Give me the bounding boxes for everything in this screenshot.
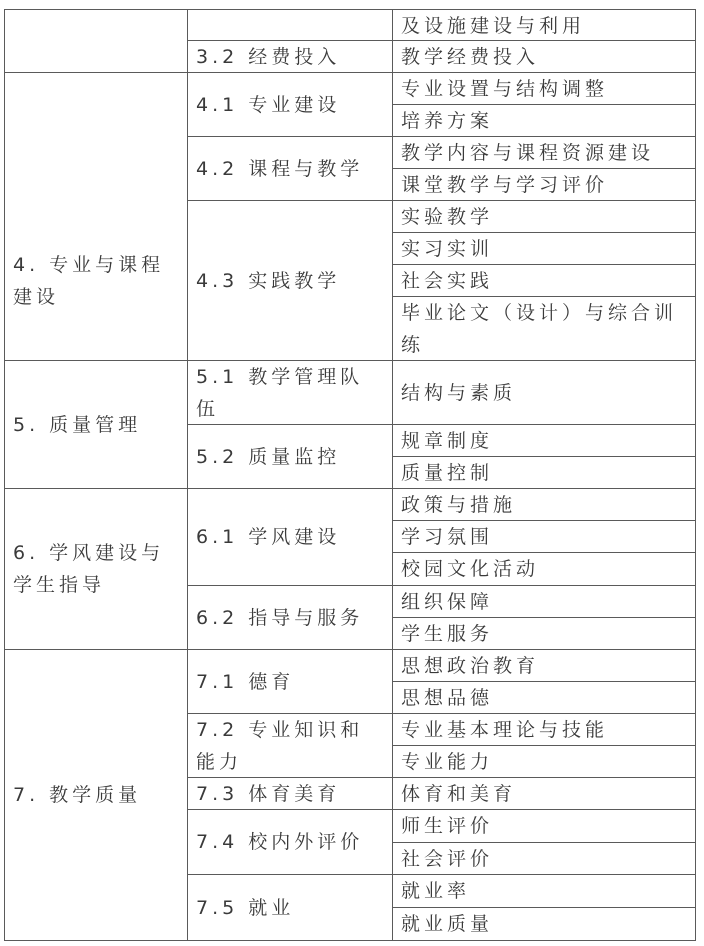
level3-cell: 社会评价	[392, 842, 696, 875]
cell-text: 结构与素质	[401, 377, 516, 409]
level3-cell: 组织保障	[392, 585, 696, 618]
level2-cell-3-1-continued	[187, 9, 393, 41]
level1-cell-7: 7. 教学质量	[4, 649, 188, 941]
level2-cell-6-1: 6.1 学风建设	[187, 488, 393, 586]
cell-text: 学习氛围	[401, 526, 493, 548]
cell-text: 7.3 体育美育	[196, 778, 340, 810]
cell-text: 思想政治教育	[401, 655, 539, 677]
level3-cell: 规章制度	[392, 424, 696, 457]
cell-text: 师生评价	[401, 815, 493, 837]
cell-text: 专业设置与结构调整	[401, 78, 608, 100]
level3-cell: 实习实训	[392, 232, 696, 265]
level3-cell: 专业基本理论与技能	[392, 713, 696, 746]
level3-cell: 及设施建设与利用	[392, 9, 696, 41]
cell-text: 教学内容与课程资源建设	[401, 142, 654, 164]
level2-cell-4-3: 4.3 实践教学	[187, 200, 393, 361]
level3-cell: 社会实践	[392, 264, 696, 297]
level3-cell: 教学内容与课程资源建设	[392, 136, 696, 169]
level3-cell: 学习氛围	[392, 520, 696, 553]
cell-text: 培养方案	[401, 110, 493, 132]
level1-cell-6: 6. 学风建设与学生指导	[4, 488, 188, 650]
cell-text: 组织保障	[401, 591, 493, 613]
level3-cell: 思想品德	[392, 681, 696, 714]
level1-cell-3-continued	[4, 9, 188, 73]
cell-text: 7.2 专业知识和能力	[196, 714, 384, 778]
level3-cell: 就业质量	[392, 907, 696, 941]
level2-cell-7-5: 7.5 就业	[187, 874, 393, 941]
cell-text: 5. 质量管理	[13, 409, 141, 441]
cell-text: 5.2 质量监控	[196, 441, 340, 473]
level3-cell: 培养方案	[392, 104, 696, 137]
level2-cell-7-2: 7.2 专业知识和能力	[187, 713, 393, 778]
cell-text: 规章制度	[401, 430, 493, 452]
level2-cell-4-2: 4.2 课程与教学	[187, 136, 393, 201]
level3-cell: 课堂教学与学习评价	[392, 168, 696, 201]
level3-cell: 教学经费投入	[392, 40, 696, 73]
level3-cell: 就业率	[392, 874, 696, 908]
level2-cell-4-1: 4.1 专业建设	[187, 72, 393, 137]
level2-cell-3-2: 3.2 经费投入	[187, 40, 393, 73]
level3-cell: 政策与措施	[392, 488, 696, 521]
level2-cell-7-1: 7.1 德育	[187, 649, 393, 714]
cell-text: 社会实践	[401, 270, 493, 292]
cell-text: 6.1 学风建设	[196, 521, 340, 553]
cell-text: 课堂教学与学习评价	[401, 174, 608, 196]
cell-text: 3.2 经费投入	[196, 41, 340, 73]
level3-cell: 学生服务	[392, 617, 696, 650]
level3-cell: 体育和美育	[392, 777, 696, 810]
level3-cell: 思想政治教育	[392, 649, 696, 682]
cell-text: 就业率	[401, 880, 470, 902]
cell-text: 就业质量	[401, 913, 493, 935]
cell-text: 质量控制	[401, 462, 493, 484]
cell-text: 社会评价	[401, 848, 493, 870]
cell-text: 专业能力	[401, 751, 493, 773]
level2-cell-7-4: 7.4 校内外评价	[187, 809, 393, 875]
cell-text: 4.2 课程与教学	[196, 153, 363, 185]
level3-cell: 专业能力	[392, 745, 696, 778]
cell-text: 5.1 教学管理队伍	[196, 361, 384, 425]
level3-cell: 质量控制	[392, 456, 696, 489]
cell-text: 思想品德	[401, 687, 493, 709]
level1-cell-4: 4. 专业与课程建设	[4, 72, 188, 361]
cell-text: 及设施建设与利用	[401, 15, 585, 37]
cell-text: 校园文化活动	[401, 558, 539, 580]
level3-cell: 毕业论文（设计）与综合训练	[392, 296, 696, 361]
evaluation-index-table: 4. 专业与课程建设 5. 质量管理 6. 学风建设与学生指导 7. 教学质量 …	[4, 9, 696, 941]
level2-cell-7-3: 7.3 体育美育	[187, 777, 393, 810]
level3-cell: 专业设置与结构调整	[392, 72, 696, 105]
cell-text: 6. 学风建设与学生指导	[13, 537, 179, 601]
cell-text: 体育和美育	[401, 783, 516, 805]
cell-text: 7.1 德育	[196, 666, 294, 698]
cell-text: 4.3 实践教学	[196, 265, 340, 297]
level2-cell-5-2: 5.2 质量监控	[187, 424, 393, 489]
cell-text: 4.1 专业建设	[196, 89, 340, 121]
cell-text: 实验教学	[401, 206, 493, 228]
cell-text: 7. 教学质量	[13, 779, 141, 811]
cell-text: 专业基本理论与技能	[401, 719, 608, 741]
level3-cell: 师生评价	[392, 809, 696, 843]
level2-cell-6-2: 6.2 指导与服务	[187, 585, 393, 650]
cell-text: 教学经费投入	[401, 46, 539, 68]
level3-cell: 实验教学	[392, 200, 696, 233]
cell-text: 政策与措施	[401, 494, 516, 516]
cell-text: 7.5 就业	[196, 892, 294, 924]
cell-text: 6.2 指导与服务	[196, 602, 363, 634]
cell-text: 4. 专业与课程建设	[13, 254, 164, 308]
level3-cell: 结构与素质	[392, 360, 696, 425]
cell-text: 实习实训	[401, 238, 493, 260]
level1-cell-5: 5. 质量管理	[4, 360, 188, 489]
cell-text: 7.4 校内外评价	[196, 826, 363, 858]
level2-cell-5-1: 5.1 教学管理队伍	[187, 360, 393, 425]
level3-cell: 校园文化活动	[392, 552, 696, 586]
cell-text: 毕业论文（设计）与综合训练	[401, 302, 677, 356]
cell-text: 学生服务	[401, 623, 493, 645]
